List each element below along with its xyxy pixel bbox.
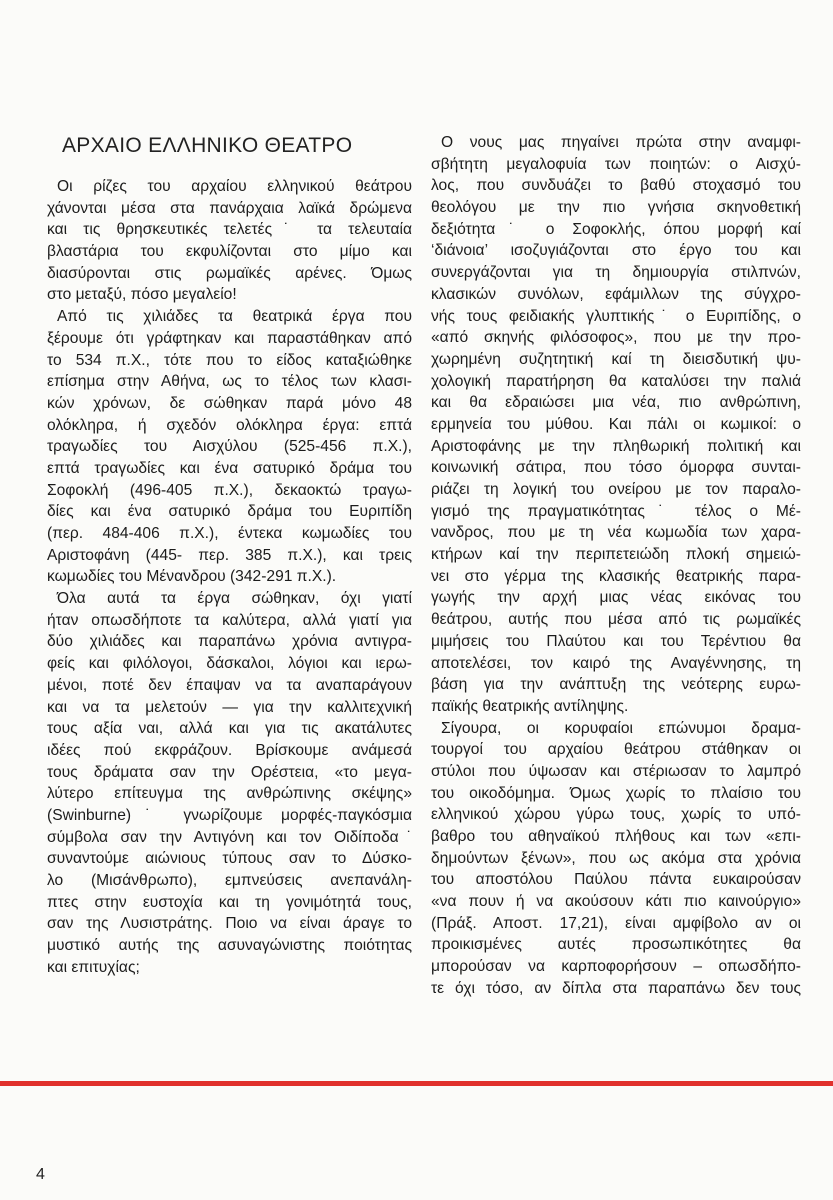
text-line: τους δράματα σαν την Ορέστεια, «το μεγα- [47,762,412,784]
text-line: φείς και φιλόλογοι, δάσκαλοι, λόγιοι και… [47,653,412,675]
text-line: Από τις χιλιάδες τα θεατρικά έργα που [47,306,412,328]
text-line: χολογική παρατήρηση θα καταλύσει την παλ… [431,371,801,393]
text-line: γισμό της πραγματικότητας˙ τέλος ο Μέ- [431,501,801,523]
text-line: ‘διάνοια’ ισοζυγιάζονται στο έργο του κα… [431,240,801,262]
text-line: του οικοδόμημα. Όμως χωρίς το πλαίσιο το… [431,783,801,805]
text-line: νει στο γέρμα της κλασικής θεατρικής παρ… [431,566,801,588]
text-line: ερμηνεία του μύθου. Και πάλι οι κωμικοί:… [431,414,801,436]
text-line: Σίγουρα, οι κορυφαίοι επώνυμοι δραμα- [431,718,801,740]
text-line: σύμβολα σαν την Αντιγόνη και τον Οιδίποδ… [47,827,412,849]
text-line: δημούντων ξένων», που ως ακόμα στα χρόνι… [431,848,801,870]
text-line: προικισμένες αυτές προσωπικότητες θα [431,934,801,956]
text-line: και επιτυχίας; [47,957,412,979]
text-line: γωγής την αρχή μιας νέας εικόνας του [431,587,801,609]
text-line: επτά τραγωδίες και ένα σατυρικό δράμα το… [47,458,412,480]
text-line: ριάζει τη λογική του ονείρου με τον παρα… [431,479,801,501]
text-line: Ο νους μας πηγαίνει πρώτα στην αναμφι- [431,132,801,154]
text-line: διασύρονται στις ρωμαϊκές αρένες. Όμως [47,263,412,285]
text-line: ξέρουμε ότι γράφτηκαν και παραστάθηκαν α… [47,328,412,350]
text-line: κωμωδίες του Μένανδρου (342-291 π.Χ.). [47,566,412,588]
text-line: στο μεταξύ, πόσο μεγαλείο! [47,284,412,306]
text-line: συνεργάζονται για τη δημιουργία στιλπνών… [431,262,801,284]
text-line: κλασικών συνόλων, εφάμιλλων της σύγχρο- [431,284,801,306]
text-line: (Swinburne)˙ γνωρίζουμε μορφές-παγκόσμια [47,805,412,827]
page-title: ΑΡΧΑΙΟ ΕΛΛΗΝΙΚΟ ΘΕΑΤΡΟ [62,134,352,158]
text-line: αποτελέσει, τον καιρό της Αναγέννησης, τ… [431,653,801,675]
text-line: στύλοι που ύψωσαν και στέριωσαν το λαμπρ… [431,761,801,783]
text-line: νανδρος, που με τη νέα κωμωδία των χαρα- [431,522,801,544]
text-line: χάνονται μέσα στα πανάρχαια λαϊκά δρώμεν… [47,198,412,220]
text-line: κτήρων καί την περιπετειώδη πλοκή σημειώ… [431,544,801,566]
text-line: Οι ρίζες του αρχαίου ελληνικού θεάτρου [47,176,412,198]
text-line: θεολόγου με την πιο γνήσια σκηνοθετική [431,197,801,219]
text-line: ολόκληρα, ή σχεδόν ολόκληρα έργα: επτά [47,415,412,437]
text-line: βαθρο του αθηναϊκού πλήθους και των «επι… [431,826,801,848]
text-line: χωρημένη συζητητική καί τη διεισδυτική ψ… [431,349,801,371]
text-line: λύτερο επίτευγμα της ανθρώπινης σκέψης» [47,783,412,805]
page-number: 4 [36,1166,45,1184]
text-line: το 534 π.Χ., τότε που το είδος καταξιώθη… [47,350,412,372]
text-line: «να πουν ή να ακούσουν κάτι πιο καινούργ… [431,891,801,913]
text-line: τραγωδίες του Αισχύλου (525-456 π.Χ.), [47,436,412,458]
text-line: δίες και ένα σατυρικό δράμα του Ευριπίδη [47,501,412,523]
text-line: και τις θρησκευτικές τελετές˙ τα τελευτα… [47,219,412,241]
text-line: πτες στην ευστοχία και τη γονιμότητά του… [47,892,412,914]
text-line: λος, που συνδυάζει το βαθύ στοχασμό του [431,175,801,197]
text-line: δεξιότητα˙ ο Σοφοκλής, όπου μορφή καί [431,219,801,241]
text-line: Σοφοκλή (496-405 π.Χ.), δεκαοκτώ τραγω- [47,480,412,502]
text-line: τε όχι τόσο, αν δίπλα στα παραπάνω δεν τ… [431,978,801,1000]
text-line: μπορούσαν να καρποφορήσουν – οπωσδήπο- [431,956,801,978]
text-line: και θα εδραιώσει μια νέα, πιο ανθρώπινη, [431,392,801,414]
text-line: δύο χιλιάδες και παραπάνω χρόνια αντιγρα… [47,631,412,653]
text-line: θεάτρου, αυτής που μέσα από τις ρωμαϊκές [431,609,801,631]
left-column: Οι ρίζες του αρχαίου ελληνικού θεάτρουχά… [47,176,412,978]
text-line: ελληνικού χώρου γύρω τους, χωρίς το υπό- [431,804,801,826]
text-line: κοινωνική σάτιρα, που τόσο όμορφα συνται… [431,457,801,479]
text-line: σβήτητη μεγαλοφυία των ποιητών: ο Αισχύ- [431,154,801,176]
text-line: βάση για την ανάπτυξη της νεότερης ευρω- [431,674,801,696]
text-line: νής τους φειδιακής γλυπτικής˙ ο Ευριπίδη… [431,306,801,328]
text-line: λο (Μισάνθρωπο), εμπνεύσεις ανεπανάλη- [47,870,412,892]
text-line: (περ. 484-406 π.Χ.), έντεκα κωμωδίες του [47,523,412,545]
text-line: τουργοί του αρχαίου θεάτρου στάθηκαν οι [431,739,801,761]
text-line: σαν της Λυσιστράτης. Ποιο να είναι άραγε… [47,913,412,935]
text-line: και να τα μελετούν — για την καλλιτεχνικ… [47,697,412,719]
text-line: ήταν οπωσδήποτε τα καλύτερα, αλλά γιατί … [47,610,412,632]
text-line: συναντούμε αιώνιους τύπους σαν το Δύσκο- [47,848,412,870]
red-divider-rule [0,1081,833,1086]
text-line: τους αξία ναι, αλλά και για τις ακατάλυτ… [47,718,412,740]
text-line: μένοι, ποτέ δεν έπαψαν να τα αναπαράγουν [47,675,412,697]
text-line: Αριστοφάνη (445- περ. 385 π.Χ.), και τρε… [47,545,412,567]
text-line: Όλα αυτά τα έργα σώθηκαν, όχι γιατί [47,588,412,610]
right-column: Ο νους μας πηγαίνει πρώτα στην αναμφι-σβ… [431,132,801,1000]
text-line: του αποστόλου Παύλου πάντα ευκαιρούσαν [431,869,801,891]
text-line: Αριστοφάνης με την πληθωρική πολιτική κα… [431,436,801,458]
text-line: επίσημα στην Αθήνα, ως το τέλος των κλασ… [47,371,412,393]
text-line: ιδέες πού εκφράζουν. Βρίσκουμε ανάμεσά [47,740,412,762]
text-line: «από σκηνής φιλόσοφος», που με την προ- [431,327,801,349]
text-line: (Πράξ. Αποστ. 17,21), είναι αμφίβολο αν … [431,913,801,935]
text-line: κών χρόνων, δε σώθηκαν παρά μόνο 48 [47,393,412,415]
text-line: μιμήσεις του Πλαύτου και του Τερέντιου θ… [431,631,801,653]
text-line: μυστικό αυτής της ασυναγώνιστης ποιότητα… [47,935,412,957]
text-line: παϊκής θεατρικής αντίληψης. [431,696,801,718]
text-line: βλαστάρια του εκφυλίζονται στο μίμο και [47,241,412,263]
